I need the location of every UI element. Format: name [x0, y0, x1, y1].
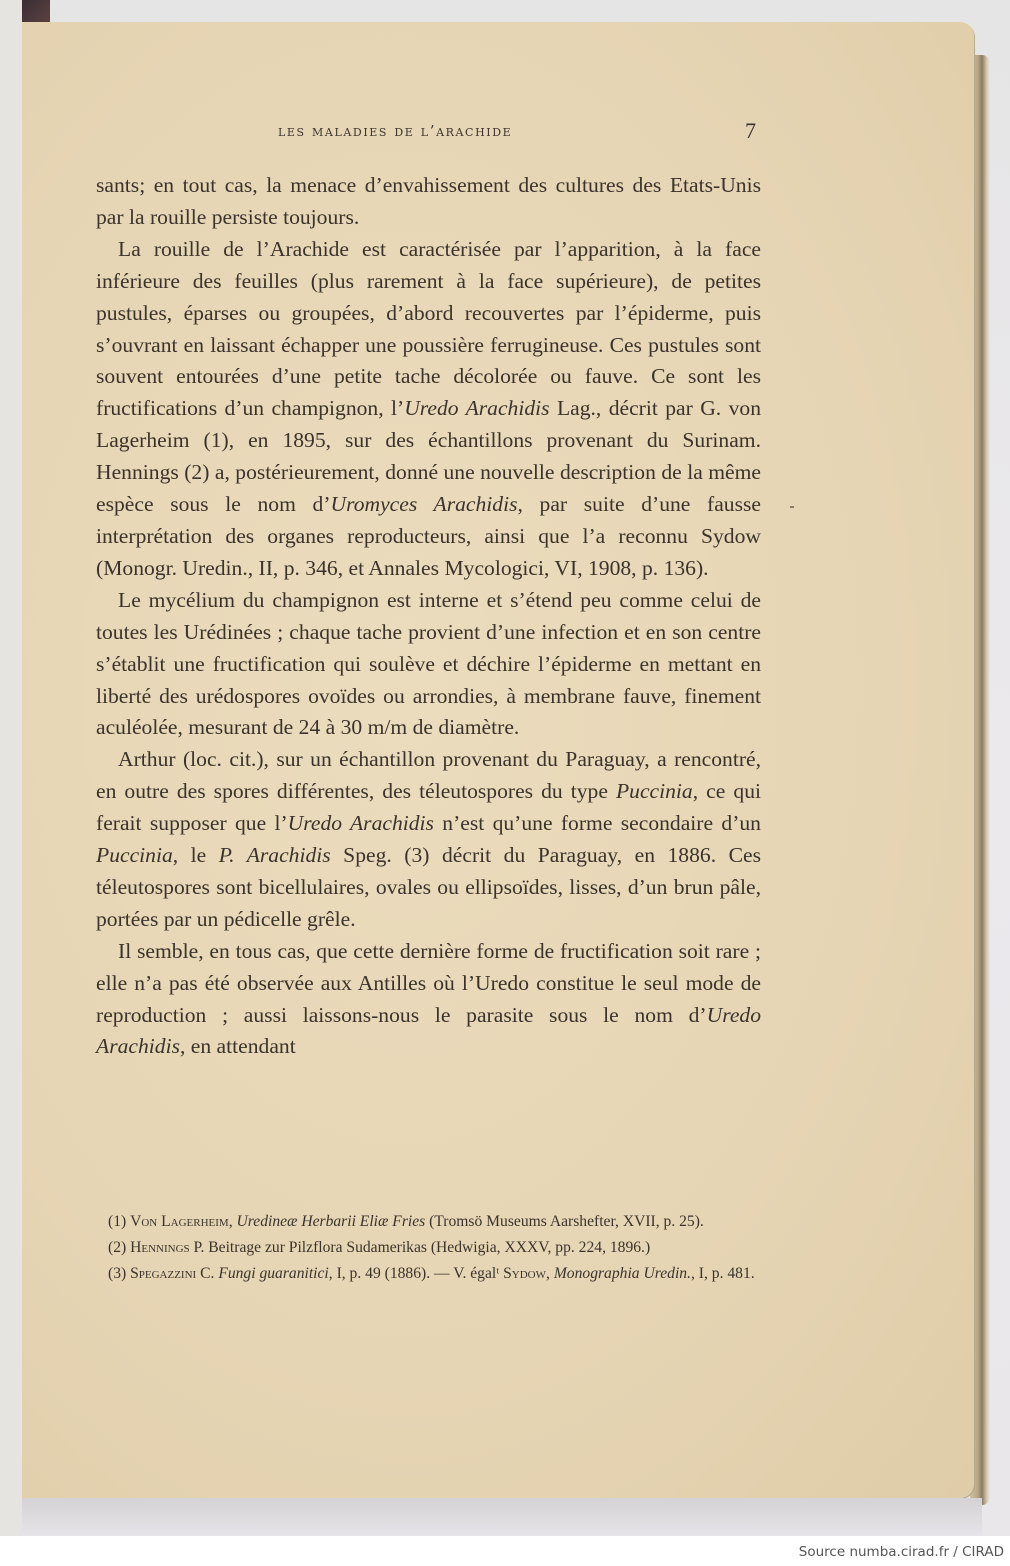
page-number: 7 — [745, 118, 756, 144]
author-name: Von Lagerheim — [130, 1213, 229, 1230]
text-run: (2) — [108, 1239, 130, 1256]
text-run: (Tromsö Museums Aarshefter, XVII, p. 25)… — [425, 1213, 704, 1230]
italic-run: Uromyces Arachidis — [331, 492, 518, 516]
text-run: P. Beitrage zur Pilzflora Sudamerikas (H… — [190, 1239, 651, 1256]
italic-run: Puccinia — [616, 779, 693, 803]
text-run: , en attendant — [180, 1034, 296, 1058]
text-run: C. — [196, 1265, 218, 1282]
scan-left-margin — [0, 0, 22, 1536]
text-run: Le mycélium du champignon est interne et… — [96, 588, 761, 740]
paragraph: Le mycélium du champignon est interne et… — [96, 585, 761, 745]
text-run: (1) — [108, 1213, 130, 1230]
italic-run: Monographia Uredin. — [554, 1265, 691, 1282]
text-run: La rouille de l’Arachide est caractérisé… — [96, 237, 761, 421]
margin-mark — [790, 506, 794, 508]
text-run: , — [229, 1213, 237, 1230]
paragraph: Arthur (loc. cit.), sur un échantillon p… — [96, 744, 761, 935]
footnote: (3) Spegazzini C. Fungi guaranitici, I, … — [96, 1264, 761, 1284]
scan-bottom-edge — [22, 1498, 982, 1536]
italic-run: Fungi guaranitici — [218, 1265, 328, 1282]
body-text: sants; en tout cas, la menace d’envahiss… — [96, 170, 761, 1063]
italic-run: P. Arachidis — [219, 843, 331, 867]
author-name: Sydow — [503, 1265, 546, 1282]
text-run: , I, p. 49 (1886). — V. égalᵗ — [329, 1265, 503, 1282]
footnote: (2) Hennings P. Beitrage zur Pilzflora S… — [96, 1238, 761, 1258]
italic-run: Puccinia — [96, 843, 173, 867]
italic-run: Uredo Arachidis — [404, 396, 549, 420]
text-run: sants; en tout cas, la menace d’envahiss… — [96, 173, 761, 229]
paragraph: sants; en tout cas, la menace d’envahiss… — [96, 170, 761, 234]
running-header: Les maladies de l’Arachide 7 — [0, 118, 1010, 148]
text-run: Il semble, en tous cas, que cette derniè… — [96, 939, 761, 1027]
text-run: , — [546, 1265, 554, 1282]
paragraph: La rouille de l’Arachide est caractérisé… — [96, 234, 761, 585]
text-run: , I, p. 481. — [691, 1265, 755, 1282]
text-run: , le — [173, 843, 219, 867]
italic-run: Uredo Arachidis — [288, 811, 434, 835]
scan-corner-shadow — [22, 0, 50, 22]
text-run: n’est qu’une forme secondaire d’un — [434, 811, 761, 835]
paragraph: Il semble, en tous cas, que cette derniè… — [96, 936, 761, 1064]
running-title: Les maladies de l’Arachide — [278, 122, 512, 140]
author-name: Spegazzini — [130, 1265, 196, 1282]
source-watermark: Source numba.cirad.fr / CIRAD — [799, 1544, 1004, 1560]
footnotes: (1) Von Lagerheim, Uredineæ Herbarii Eli… — [96, 1212, 761, 1290]
italic-run: Uredineæ Herbarii Eliæ Fries — [237, 1213, 426, 1230]
text-run: (3) — [108, 1265, 130, 1282]
author-name: Hennings — [130, 1239, 190, 1256]
footnote: (1) Von Lagerheim, Uredineæ Herbarii Eli… — [96, 1212, 761, 1232]
